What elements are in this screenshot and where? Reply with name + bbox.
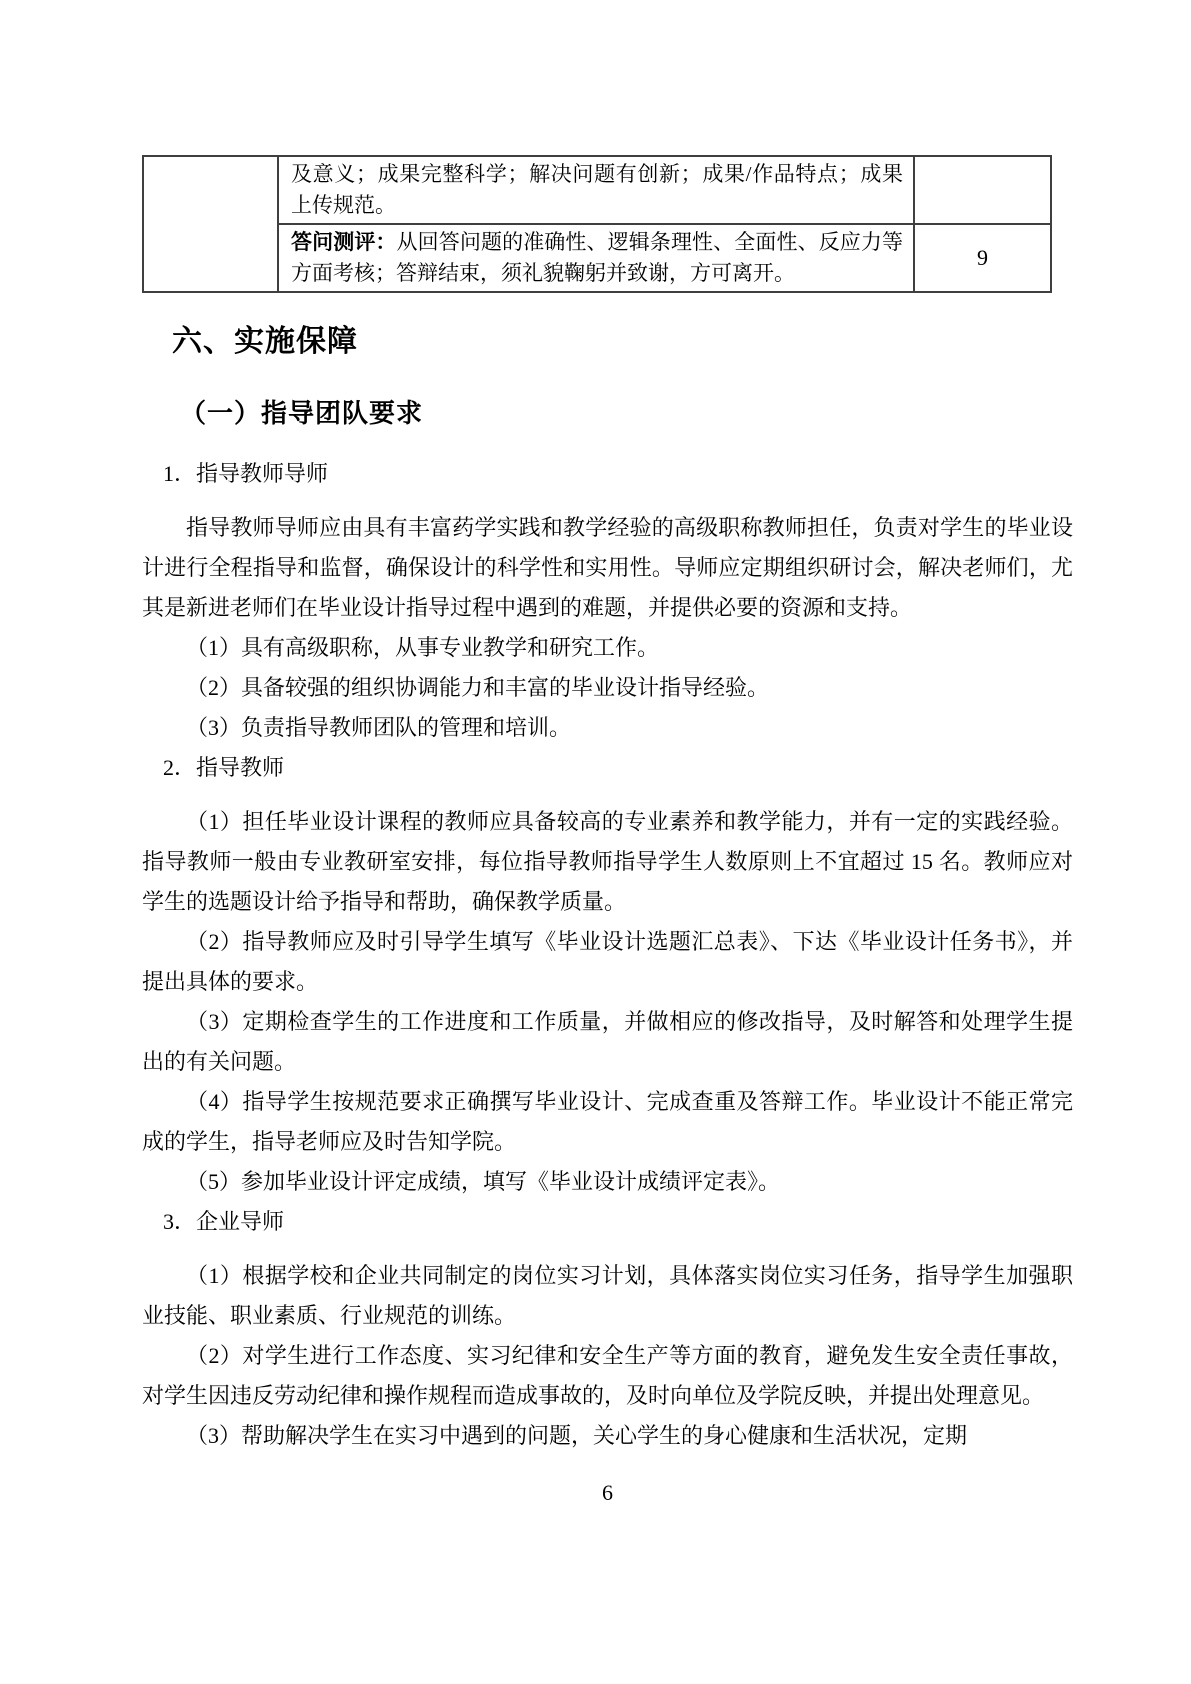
paragraph-teacher-req-5: （5）参加毕业设计评定成绩，填写《毕业设计成绩评定表》。 <box>142 1162 1073 1202</box>
table-row: 答问测评：从回答问题的准确性、逻辑条理性、全面性、反应力等方面考核；答辩结束，须… <box>143 224 1051 292</box>
table-cell-score-empty <box>914 156 1051 224</box>
table-cell-criteria-overflow: 及意义；成果完整科学；解决问题有创新；成果/作品特点；成果上传规范。 <box>278 156 914 224</box>
table-row: 及意义；成果完整科学；解决问题有创新；成果/作品特点；成果上传规范。 <box>143 156 1051 224</box>
paragraph-enterprise-req-2: （2）对学生进行工作态度、实习纪律和安全生产等方面的教育，避免发生安全责任事故，… <box>142 1336 1073 1416</box>
section-heading: 六、实施保障 <box>172 326 1073 358</box>
table-cell-criteria-qa: 答问测评：从回答问题的准确性、逻辑条理性、全面性、反应力等方面考核；答辩结束，须… <box>278 224 914 292</box>
page-number: 6 <box>142 1480 1073 1506</box>
paragraph-mentor-req-1: （1）具有高级职称，从事专业教学和研究工作。 <box>142 628 1073 668</box>
body-content: 1．指导教师导师 指导教师导师应由具有丰富药学实践和教学经验的高级职称教师担任，… <box>142 454 1073 1456</box>
numbered-item-3: 3．企业导师 <box>142 1202 1073 1242</box>
table-cell-score-value: 9 <box>914 224 1051 292</box>
paragraph-mentor-req-2: （2）具备较强的组织协调能力和丰富的毕业设计指导经验。 <box>142 668 1073 708</box>
paragraph-teacher-req-2: （2）指导教师应及时引导学生填写《毕业设计选题汇总表》、下达《毕业设计任务书》，… <box>142 922 1073 1002</box>
paragraph-teacher-req-1: （1）担任毕业设计课程的教师应具备较高的专业素养和教学能力，并有一定的实践经验。… <box>142 802 1073 922</box>
subsection-heading: （一）指导团队要求 <box>180 399 1073 429</box>
paragraph-mentor-duties: 指导教师导师应由具有丰富药学实践和教学经验的高级职称教师担任，负责对学生的毕业设… <box>142 508 1073 628</box>
numbered-item-1: 1．指导教师导师 <box>142 454 1073 494</box>
paragraph-mentor-req-3: （3）负责指导教师团队的管理和培训。 <box>142 708 1073 748</box>
paragraph-enterprise-req-1: （1）根据学校和企业共同制定的岗位实习计划，具体落实岗位实习任务，指导学生加强职… <box>142 1256 1073 1336</box>
numbered-item-2: 2．指导教师 <box>142 748 1073 788</box>
paragraph-teacher-req-3: （3）定期检查学生的工作进度和工作质量，并做相应的修改指导，及时解答和处理学生提… <box>142 1002 1073 1082</box>
paragraph-teacher-req-4: （4）指导学生按规范要求正确撰写毕业设计、完成查重及答辩工作。毕业设计不能正常完… <box>142 1082 1073 1162</box>
document-page: 及意义；成果完整科学；解决问题有创新；成果/作品特点；成果上传规范。 答问测评：… <box>0 0 1191 1684</box>
table-cell-continued-empty <box>143 156 278 292</box>
evaluation-criteria-table: 及意义；成果完整科学；解决问题有创新；成果/作品特点；成果上传规范。 答问测评：… <box>142 155 1052 293</box>
criteria-overflow-text: 及意义；成果完整科学；解决问题有创新；成果/作品特点；成果上传规范。 <box>291 162 903 217</box>
qa-evaluation-label: 答问测评： <box>291 230 397 254</box>
paragraph-enterprise-req-3: （3）帮助解决学生在实习中遇到的问题，关心学生的身心健康和生活状况，定期 <box>142 1416 1073 1456</box>
